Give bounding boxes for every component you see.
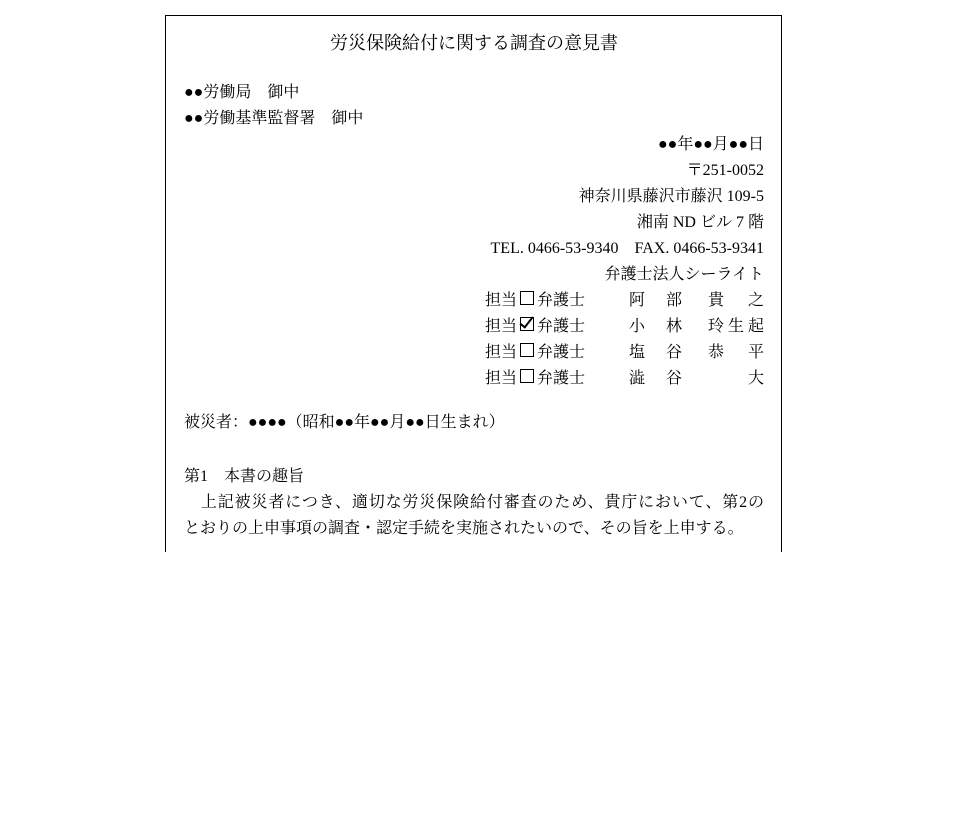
lawyer-role-suffix: 弁護士 bbox=[537, 340, 585, 366]
sender-tel-fax: TEL. 0466-53-9340 FAX. 0466-53-9341 bbox=[184, 236, 764, 262]
document-title: 労災保険給付に関する調査の意見書 bbox=[184, 30, 764, 56]
sender-block: ●●年●●月●●日 〒251-0052 神奈川県藤沢市藤沢 109-5 湘南 N… bbox=[184, 132, 764, 392]
lawyer-surname: 阿部 bbox=[629, 288, 682, 314]
checkbox-checked-icon bbox=[520, 317, 534, 331]
checkbox-icon bbox=[520, 291, 534, 305]
lawyer-given-name: 玲生起 bbox=[708, 314, 764, 340]
lawyer-surname: 小林 bbox=[629, 314, 682, 340]
lawyer-given-name: 貴之 bbox=[708, 288, 764, 314]
addressee-line-labor-standards-office: ●●労働基準監督署 御中 bbox=[184, 106, 764, 132]
sender-firm-name: 弁護士法人シーライト bbox=[184, 262, 764, 288]
addressee-block: ●●労働局 御中 ●●労働基準監督署 御中 bbox=[184, 80, 764, 132]
section-body-line: とおりの上申事項の調査・認定手続を実施されたいので、その旨を上申する。 bbox=[184, 516, 764, 542]
lawyer-role-prefix: 担当 bbox=[485, 314, 517, 340]
lawyer-given-name: 大 bbox=[708, 366, 764, 392]
page-background: 労災保険給付に関する調査の意見書 ●●労働局 御中 ●●労働基準監督署 御中 ●… bbox=[0, 0, 970, 816]
checkbox-icon bbox=[520, 369, 534, 383]
lawyer-row: 担当弁護士 小林 玲生起 bbox=[184, 314, 764, 340]
lawyer-surname: 澁谷 bbox=[629, 366, 682, 392]
lawyer-row: 担当弁護士 塩谷 恭平 bbox=[184, 340, 764, 366]
lawyer-role-prefix: 担当 bbox=[485, 366, 517, 392]
section-body-line: 上記被災者につき、適切な労災保険給付審査のため、貴庁において、第2の bbox=[184, 490, 764, 516]
lawyer-role-suffix: 弁護士 bbox=[537, 314, 585, 340]
sender-building: 湘南 ND ビル 7 階 bbox=[184, 210, 764, 236]
lawyer-row: 担当弁護士 阿部 貴之 bbox=[184, 288, 764, 314]
sender-postal-code: 〒251-0052 bbox=[184, 158, 764, 184]
section-heading: 第1 本書の趣旨 bbox=[184, 464, 764, 490]
addressee-line-labor-bureau: ●●労働局 御中 bbox=[184, 80, 764, 106]
document-date: ●●年●●月●●日 bbox=[184, 132, 764, 158]
lawyer-row: 担当弁護士 澁谷 大 bbox=[184, 366, 764, 392]
sender-address: 神奈川県藤沢市藤沢 109-5 bbox=[184, 184, 764, 210]
victim-line: 被災者：●●●●（昭和●●年●●月●●日生まれ） bbox=[184, 410, 764, 436]
lawyer-role-suffix: 弁護士 bbox=[537, 288, 585, 314]
lawyer-given-name: 恭平 bbox=[708, 340, 764, 366]
lawyer-surname: 塩谷 bbox=[629, 340, 682, 366]
lawyer-role-prefix: 担当 bbox=[485, 340, 517, 366]
lawyer-role-prefix: 担当 bbox=[485, 288, 517, 314]
lawyer-role-suffix: 弁護士 bbox=[537, 366, 585, 392]
document-page: 労災保険給付に関する調査の意見書 ●●労働局 御中 ●●労働基準監督署 御中 ●… bbox=[165, 15, 782, 552]
checkbox-icon bbox=[520, 343, 534, 357]
